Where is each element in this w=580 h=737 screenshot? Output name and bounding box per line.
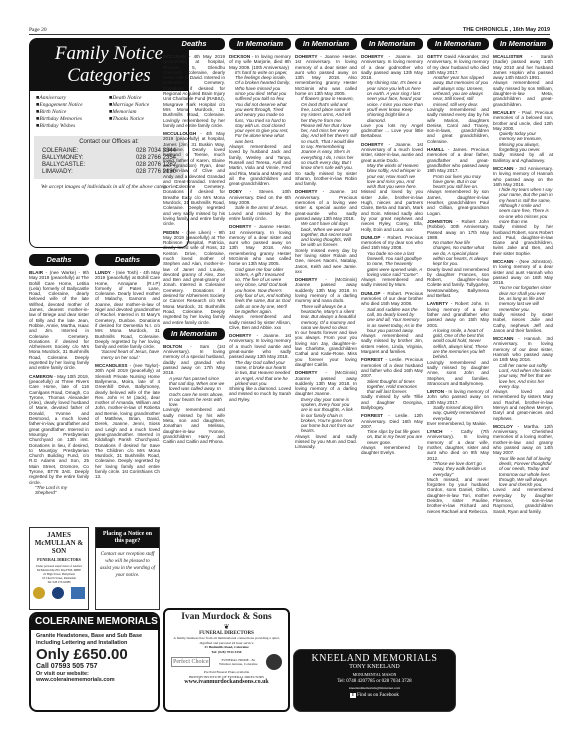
notice: DOHERTY - (McGinnis) Joanne passed away … <box>295 277 357 367</box>
notice-name: MCCANN <box>493 166 513 171</box>
ivan-title: Ivan Murdock & Sons <box>167 612 286 623</box>
notice-closing: Always remembered by son James, daughter… <box>427 189 489 215</box>
office-town: BALLYMONEY: <box>42 155 84 162</box>
notice-text: - 4th May 2019 (peacefully) at hospital,… <box>163 54 225 128</box>
kneeland-email[interactable]: kneelandmemorials@btinternet.com <box>297 685 452 692</box>
notice-text: - (nee Warke) - 9th May 2019 (peacefully… <box>29 270 89 370</box>
placing-notice-ad: Placing a Notice on this page? Contact o… <box>95 527 160 610</box>
office-town: COLERAINE: <box>42 148 78 155</box>
memoriam-column-6: In Memoriam DOHERTY - Joanne. 1st Annive… <box>361 38 423 646</box>
notice-name: LUNDY <box>95 270 111 275</box>
notice-closing: Always remembered and loved by husband J… <box>229 144 291 186</box>
notice-closing: Missed and loved by you sister Julie, br… <box>361 189 423 231</box>
memoriam-column-8: In Memoriam MCALLISTER - Sarah (Sadie) p… <box>493 38 553 714</box>
deaths-header: Deaths <box>163 38 225 50</box>
notice-name: FORREST <box>361 413 383 418</box>
kneeland-memorials-ad: KNEELAND MEMORIALS TONY KNEELAND MONUMEN… <box>293 649 456 712</box>
notice-closing: So sadly missed by sister Sharon, brothe… <box>295 171 357 187</box>
notice-closing: Always loved and remembered by sisters M… <box>493 389 553 421</box>
notice: BOLTON - Sam (1st Anniversary). In lovin… <box>163 344 225 445</box>
notice-name: MCCLOY <box>493 424 513 429</box>
notice-verse: Your life was full of loving deeds, Fore… <box>493 456 553 488</box>
notice: DOEY - Steven. 10th Anniversary. Died on… <box>229 189 291 221</box>
notice-text: - (nee Tosh) - 4th May 2019 (peacefully)… <box>95 270 160 349</box>
notice-verse: You bade no-one a last farewell, You sai… <box>361 251 423 277</box>
category-item: Birthday Memories <box>36 116 109 123</box>
notice: DUNLOP - Robert. Precious memories of my… <box>361 235 423 288</box>
notice: BLAIR - (nee Warke) - 9th May 2019 (peac… <box>29 270 89 371</box>
crest-logo-icon <box>33 587 45 599</box>
notice-name: MCCANN <box>493 336 513 341</box>
notice-text: - (nee Liken) - 9th May 2019 (peacefully… <box>163 230 225 325</box>
notice-closing: Loved and missed by the entire family ci… <box>229 211 291 222</box>
memoriam-column-4: In Memoriam DICKSON - In loving memory o… <box>229 38 291 605</box>
kneeland-tel: Tel: 0748 4207785 or 028 7034 3728 <box>297 678 452 685</box>
notice-verse: You're not forgotten sister dear nor sha… <box>493 285 553 311</box>
cm-title: COLERAINE MEMORIALS <box>31 614 158 630</box>
notice-text: - Sam (1st Anniversary). In loving memor… <box>163 344 225 375</box>
notice-name: MCCLEAN <box>163 54 186 59</box>
notice-closing: Sadly missed by all at Ballintoy and Agh… <box>493 152 553 163</box>
notice-name: DOHERTY <box>361 142 383 147</box>
notice-name: DOHERTY <box>229 224 251 229</box>
notice-closing: Loved and remembered everyday by daughte… <box>493 487 553 513</box>
memoriam-header: In Memoriam <box>163 328 225 340</box>
deaths-header: Deaths <box>29 254 89 266</box>
notice: MCCULLOUGH - 4th May 2019 (peacefully) a… <box>163 131 225 226</box>
memoriam-header: In Memoriam <box>427 38 489 50</box>
notice-verse: It's hard to write on paper, The feeling… <box>229 70 291 144</box>
notice-closing: Always remembered by daughter Evelyn. <box>361 445 423 456</box>
notice-verse: My shining star, It's been a year since … <box>361 80 423 122</box>
cm-web[interactable]: www.colerainememorials.com <box>36 677 153 684</box>
notice-name: PEDEN <box>163 230 179 235</box>
notice: PEDEN - (nee Liken) - 9th May 2019 (peac… <box>163 230 225 325</box>
category-item: Birthday Wishes <box>36 123 109 130</box>
page-number: Page 20 <box>29 27 47 33</box>
select-logo-icon <box>71 587 85 599</box>
offices-list: COLERAINE:028 7034 3344BALLYMONEY:028 27… <box>42 148 176 176</box>
notice: DUNLOP - Robert. Precious memories of ou… <box>361 291 423 355</box>
notice-verse: From our lives you may have gone, But in… <box>427 174 489 190</box>
notice-verse: Sad and sudden was the call, So dearly l… <box>361 307 423 333</box>
ivan-murdock-ad: Ivan Murdock & Sons ❦ FUNERAL DIRECTORS … <box>163 608 290 712</box>
notice-name: HAMILL <box>427 147 444 152</box>
notice-closing: Sadly missed by sister Isobel, nieces Ju… <box>493 312 553 333</box>
mcmullan-title: JAMES McMULLAN & SON <box>30 531 88 555</box>
notice: HAMILL - James. Precious memories of a d… <box>427 147 489 216</box>
notice-text: - Joanne. 1st Anniversary. Precious memo… <box>295 189 357 220</box>
notice-name: DUNLOP <box>361 235 380 240</box>
office-row: BALLYCASTLE:028 2076 1282 <box>42 162 176 169</box>
notice: MCCLOY - Martha. 12th Anniversary. Cheri… <box>493 424 553 514</box>
memoriam-header: In Memoriam <box>295 38 357 50</box>
notice-closing: Lovingly remembered and sadly missed eve… <box>427 107 489 144</box>
ivan-web[interactable]: www.ivanmurdockandsons.co.uk <box>167 679 286 685</box>
notice-closing: Shining like a diamond. Loved and missed… <box>229 386 291 402</box>
notice-name: CAMERON <box>29 374 53 379</box>
notice-name: GETTY <box>427 54 442 59</box>
paper-dateline: THE CHRONICLE , 16th May 2019 <box>463 27 550 33</box>
notice: DOHERTY - Joanne. 1st Anniversary. Preci… <box>295 189 357 274</box>
notice: DOHERTY - Joanne. 1st Anniversary. In lo… <box>229 333 291 402</box>
notice-name: MCCANDLESS <box>95 363 127 368</box>
notice-closing: Sorely missed every day by her loving si… <box>295 248 357 274</box>
notice-name: LAVERTY <box>427 301 448 306</box>
notice-name: BLAIR <box>29 270 43 275</box>
notice-text: - Joanne Hester. 1st Anniversary. In lov… <box>229 224 291 266</box>
notice-name: DUNLOP <box>361 291 380 296</box>
notice: MCCLEAN - 4th May 2019 (peacefully) at h… <box>163 54 225 128</box>
notice: FORREST - Leslie. Precious memories of a… <box>361 357 423 410</box>
notice: DICKSON - In loving memory of my wife Ma… <box>229 54 291 186</box>
notice-name: DOHERTY <box>295 54 317 59</box>
notice-verse: May the winds of Heaven blow softly, And… <box>361 163 423 189</box>
notice: CAMERON - May 10th 2019, (peacefully) at… <box>29 374 89 496</box>
notice-verse: 'Sacred heart of Jesus, have mercy on he… <box>95 349 160 360</box>
notice-name: DOHERTY <box>295 277 317 282</box>
notice-name: DOHERTY <box>229 333 251 338</box>
kneeland-name: TONY KNEELAND <box>297 664 452 671</box>
category-item: Anniversary <box>36 95 109 102</box>
notice-verse: I hide my tears when I say your name, Bu… <box>493 187 553 224</box>
offices-heading: Contact our Offices at: <box>42 139 176 146</box>
memoriam-column-5: In Memoriam DOHERTY - Joanne Hester. 1st… <box>295 38 357 646</box>
notice-verse: If flowers grow in Heaven, On land that'… <box>295 96 357 170</box>
notice-name: DOHERTY <box>295 370 317 375</box>
notice-verse: Another year has slipped away, But memor… <box>427 75 489 107</box>
notice-text: - Joanne Hester. 1st Anniversary. In lov… <box>295 54 357 96</box>
page-header: Page 20 THE CHRONICLE , 16th May 2019 <box>29 27 550 35</box>
notice-closing: Lovingly remembered and sadly missed by … <box>427 360 489 386</box>
notice: MCCANN - (Nee Johnston). In loving memor… <box>493 259 553 333</box>
memoriam-header: In Memoriam <box>493 38 553 50</box>
notice-text: - Martha. 12th Anniversary. Cherished me… <box>493 424 553 455</box>
notice-closing: Always remembered and sadly missed by br… <box>361 333 423 354</box>
notice: MCAULEY - Paul. Precious memories of a b… <box>493 110 553 163</box>
notice-closing: Sadly missed by her husband Robert, sons… <box>493 224 553 256</box>
office-row: LIMAVADY:028 7776 2130 <box>42 169 176 176</box>
notice: GETTY David Alexander, 2nd Anniversary, … <box>427 54 489 144</box>
notice: DOHERTY - Joanne. 1st Anniversary. In lo… <box>361 54 423 139</box>
notice-verse: Quietly today your memory we treasure, M… <box>493 131 553 152</box>
notice-text: - 4th May 2019 (peacefully) at hospital,… <box>163 131 225 226</box>
notice-closing: Sadly missed by wife Tillie and daughter… <box>361 394 423 410</box>
notice-closing: Always loved and sadly missed by you Mum… <box>295 434 357 450</box>
notice-name: DICKSON <box>229 54 250 59</box>
notice-name: FORREST <box>361 357 383 362</box>
notice: LYNCH - Cathy (7th Anniversary). In lovi… <box>427 429 489 514</box>
ornament-icon: ❦ <box>167 623 286 631</box>
cm-price: Only £650.00 <box>36 646 153 664</box>
notice-name: MCALLISTER <box>493 54 523 59</box>
notice-name: LYNCH <box>427 429 442 434</box>
category-item: Engagement Notice <box>36 102 109 109</box>
mcmullan-funeral-ad: JAMES McMULLAN & SON FUNERAL DIRECTORS U… <box>29 527 89 610</box>
notice-verse: "The Lord is my Shepherd" <box>29 485 89 496</box>
mcmullan-line: Tel: 028 276 62986 <box>30 580 88 584</box>
notice-closing: Love you lots my Angel godmother ... Lov… <box>361 123 423 139</box>
notice-closing: Always remembered and sadly missed by si… <box>229 314 291 330</box>
ivan-tagline: A family business free from all multinat… <box>167 636 286 645</box>
notice-verse: "Those we love don't go away, they walk … <box>427 461 489 477</box>
ivan-home: FUNERAL HOME - 8a Windsor Avenue, Colera… <box>217 658 259 667</box>
mcmullan-sub: FUNERAL DIRECTORS <box>30 557 88 562</box>
deaths-column-3: Deaths MCCLEAN - 4th May 2019 (peacefull… <box>163 38 225 558</box>
notice: JOHNSTON - Robert John (Robbie). 30th An… <box>427 219 489 298</box>
office-town: BALLYCASTLE: <box>42 162 85 169</box>
notice-verse: No matter how life changes, No matter wh… <box>427 240 489 266</box>
notice: MCALLISTER - Sarah (Sadie) passed away 1… <box>493 54 553 107</box>
notice-name: DOEY <box>229 189 242 194</box>
notice: LUNDY - (nee Tosh) - 4th May 2019 (peace… <box>95 270 160 360</box>
mcmullan-line: Under personal supervision of Andrew McM… <box>30 564 88 572</box>
perfect-choice-logo: Perfect Choice <box>171 657 210 667</box>
notice-closing: Dearly loved and remembered by daughter … <box>427 267 489 299</box>
notice: MCCANN - 3rd Anniversary. In loving memo… <box>493 166 553 256</box>
notice: DOHERTY - Joanne. 1st Anniversary of a m… <box>361 142 423 232</box>
notice-verse: There will always be a heartache, Many's… <box>295 304 357 330</box>
notice-closing: In our hearts forever and love you alway… <box>295 330 357 367</box>
notice-closing: Ever remembered, by Maisie. <box>427 421 489 426</box>
kneeland-role: MONUMENTAL MASON <box>297 671 452 678</box>
office-town: LIMAVADY: <box>42 169 73 176</box>
office-row: BALLYMONEY:028 2766 2354 <box>42 155 176 162</box>
notice-verse: Safe in the arms of Jesus. <box>229 205 291 210</box>
notice: LINTON - In loving memory of John who pa… <box>427 389 489 426</box>
notice-text: - (nee Taylor)- 30th April 2019 (peacefu… <box>95 363 160 479</box>
notice-name: DOHERTY <box>361 54 383 59</box>
facebook-icon: f <box>350 693 356 698</box>
notice: FORREST - Leslie. 12th Anniversary. Died… <box>361 413 423 455</box>
coleraine-memorials-ad: COLERAINE MEMORIALS Granite Headstones, … <box>29 612 160 712</box>
notice-closing: Much missed, and never forgotten by your… <box>427 477 489 514</box>
deaths-column-2: Deaths LUNDY - (nee Tosh) - 4th May 2019… <box>95 254 160 522</box>
notice-name: BOLTON <box>163 344 182 349</box>
notice: LAVERTY - Robert John. In loving memory … <box>427 301 489 386</box>
facebook-link[interactable]: f Find us on Facebook <box>297 692 452 699</box>
memoriam-header: In Memoriam <box>361 38 423 50</box>
notice-verse: Time slips by but life goes on, But in m… <box>361 429 423 445</box>
notice-verse: Call her name out softly Lord, And when … <box>493 363 553 389</box>
notice-verse: Silent thoughts of times together, Hold … <box>361 379 423 395</box>
placing-body: Contact our reception staff who will be … <box>96 548 159 582</box>
notice-text: - May 10th 2019, (peacefully) at Three R… <box>29 374 89 485</box>
kneeland-title: KNEELAND MEMORIALS <box>297 653 452 664</box>
notice-verse: The day God called your name, It broke o… <box>229 360 291 386</box>
memoriam-column-7: In Memoriam GETTY David Alexander, 2nd A… <box>427 38 489 714</box>
notice: DOHERTY - (McGinnis) Joanne passed away … <box>295 370 357 449</box>
offices-box: Contact our Offices at: COLERAINE:028 70… <box>34 136 184 179</box>
facebook-label: Find us on Facebook <box>357 693 399 698</box>
notice-closing: Always remembered and sadly missed by Mu… <box>361 277 423 288</box>
deaths-column-1: Deaths BLAIR - (nee Warke) - 9th May 201… <box>29 254 89 522</box>
notice-name: MCCULLOUGH <box>163 131 196 136</box>
category-item: Birth Notice <box>36 109 109 116</box>
notice-verse: Sadly missed along life's way, Quietly r… <box>427 405 489 421</box>
notice-name: MCAULEY <box>493 110 516 115</box>
notice-closing: Lovingly remembered and sadly missed by … <box>163 407 225 444</box>
memoriam-header: In Memoriam <box>229 38 291 50</box>
notice-verse: We can't have old days back, When we wer… <box>295 221 357 247</box>
lion-crest-icon <box>266 654 282 670</box>
triangle-logo-icon <box>52 587 64 599</box>
notice: MCCANDLESS - (nee Taylor)- 30th April 20… <box>95 363 160 480</box>
notice-text: - Cathy (7th Anniversary). In loving mem… <box>427 429 489 460</box>
notice-name: MCCANN <box>493 259 513 264</box>
notice-name: DOHERTY <box>295 189 317 194</box>
notice: DOHERTY - Joanne Hester. 1st Anniversary… <box>229 224 291 330</box>
notice-verse: A loving smile, a heart of gold, One of … <box>427 328 489 360</box>
placing-title: Placing a Notice on this page? <box>96 528 159 548</box>
notice-name: LINTON <box>427 389 444 394</box>
notice: DOHERTY - Joanne Hester. 1st Anniversary… <box>295 54 357 186</box>
notice-verse: God gave me four older sisters, A gift I… <box>229 267 291 315</box>
office-row: COLERAINE:028 7034 3344 <box>42 148 176 155</box>
cm-body: Granite Headstones, Base and Sub Base in… <box>36 633 153 646</box>
notice-closing: Always remembered and sadly missed by so… <box>493 80 553 106</box>
notice-name: JOHNSTON <box>427 219 452 224</box>
notice-verse: A year has passed since that sad day, Wh… <box>163 376 225 408</box>
notice-verse: Every day your name is spoken, Every hou… <box>295 397 357 434</box>
notice: MCCANN - Hannah. 3rd Anniversary. In lov… <box>493 336 553 421</box>
deaths-header: Deaths <box>95 254 160 266</box>
